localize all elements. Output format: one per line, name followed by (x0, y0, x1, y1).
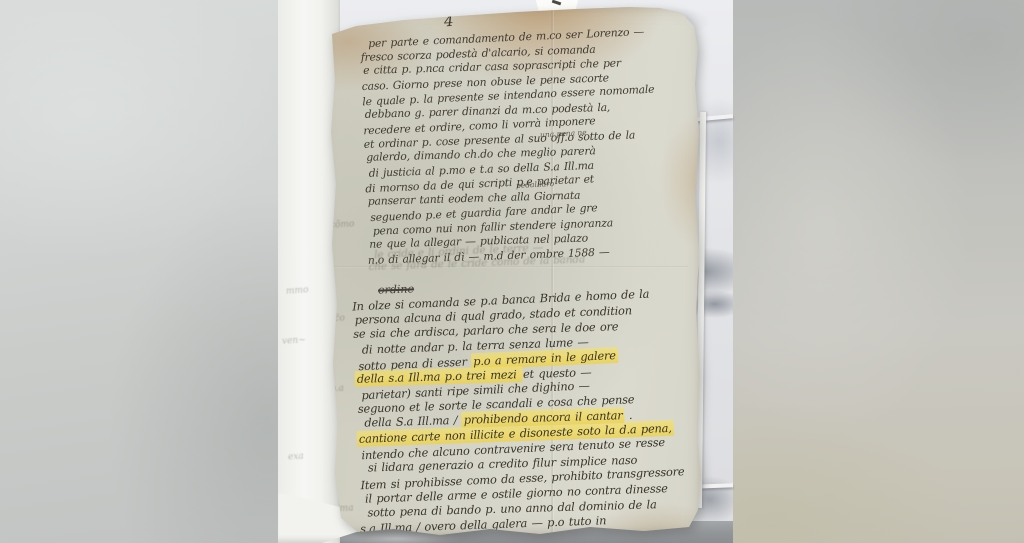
sheet-bleedthrough: mmo (286, 285, 309, 297)
sheet-bleedthrough: exa (288, 451, 304, 462)
struck-through-word: ordine (378, 282, 414, 296)
sheet-bleedthrough: ven~ (282, 335, 306, 347)
margin-scribble: cõmo (330, 219, 355, 230)
paragraph-2: In olze si comanda se p.a banca Brida e … (352, 286, 704, 536)
margin-scribble: p.a (330, 384, 345, 395)
manuscript-page: 4 per parte e comandamento de m.co ser L… (308, 4, 706, 540)
blurred-backdrop-left (0, 0, 278, 543)
ink-text: della S.a Ill.ma / (364, 413, 462, 430)
margin-scribble: exc̃o (324, 313, 345, 324)
page-number: 4 (443, 12, 454, 31)
photo-of-manuscript: 4 per parte e comandamento de m.co ser L… (0, 0, 1024, 543)
blurred-backdrop-right (733, 0, 1024, 543)
ink-text: . (624, 408, 632, 422)
paragraph-1: per parte e comandamento de m.co ser Lor… (360, 24, 698, 267)
photo-center: 4 per parte e comandamento de m.co ser L… (278, 0, 733, 543)
margin-scribble: sc̃ma (330, 503, 354, 514)
margin-scribble: itẽ (324, 437, 336, 448)
manuscript-page-wrap: 4 per parte e comandamento de m.co ser L… (308, 4, 706, 540)
